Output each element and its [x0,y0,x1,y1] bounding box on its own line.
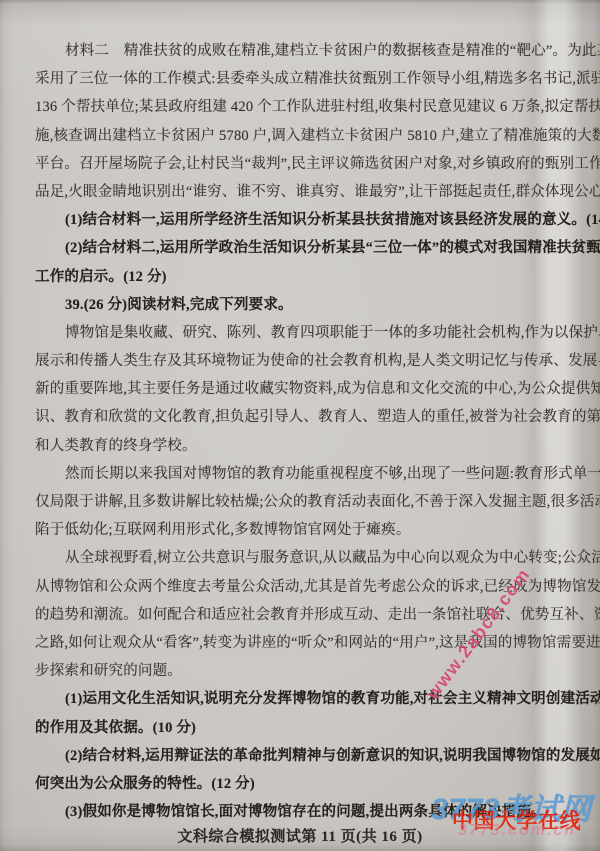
text-line: 的趋势和潮流。如何配合和适应社会教育并形成互动、走出一条馆社联合、优势互补、资源… [35,601,600,629]
question-line: (2)结合材料二,运用所学政治生活知识分析某县“三位一体”的模式对我国精准扶贫甄… [35,234,600,262]
question-line: 何突出为公众服务的特性。(12 分) [35,770,600,798]
scanned-exam-page: 材料二 精准扶贫的成败在精准,建档立卡贫困户的数据核查是精准的“靶心”。为此某县… [0,0,600,851]
question-line: (1)运用文化生活知识,说明充分发挥博物馆的教育功能,对社会主义精神文明创建活动 [35,685,600,713]
text-line: 博物馆是集收藏、研究、陈列、教育四项职能于一体的多功能社会机构,作为以保护、研究… [35,319,600,347]
text-line: 识、教育和欣赏的文化教育,担负起引导人、教育人、塑造人的重任,被誉为社会教育的第… [35,403,600,431]
question-number-line: 39.(26 分)阅读材料,完成下列要求。 [35,291,600,319]
question-line: 的作用及其依据。(10 分) [35,714,600,742]
question-line: (1)结合材料一,运用所学经济生活知识分析某县扶贫措施对该县经济发展的意义。(1… [35,206,600,234]
text-line: 从博物馆和公众两个维度去考量公众活动,尤其是首先考虑公众的诉求,已经成为博物馆发… [35,573,600,601]
text-line: 和人类教育的终身学校。 [35,432,600,460]
text-line: 136 个帮扶单位;某县政府组建 420 个工作队进驻村组,收集村民意见建议 6… [35,93,600,121]
question-line: (3)假如你是博物馆馆长,面对博物馆存在的问题,提出两条具体的解决措施。 [35,798,600,826]
text-line: 展示和传播人类生存及其环境物证为使命的社会教育机构,是人类文明记忆与传承、发展与… [35,347,600,375]
text-line: 从全球视野看,树立公共意识与服务意识,从以藏品为中心向以观众为中心转变;公众活动 [35,544,600,572]
text-line: 步探索和研究的问题。 [35,657,600,685]
exam-text-block: 材料二 精准扶贫的成败在精准,建档立卡贫困户的数据核查是精准的“靶心”。为此某县… [35,37,600,826]
text-line: 陷于低幼化;互联网利用形式化,多数博物馆官网处于瘫痪。 [35,516,600,544]
text-line: 材料二 精准扶贫的成败在精准,建档立卡贫困户的数据核查是精准的“靶心”。为此某县 [35,37,600,65]
text-line: 采用了三位一体的工作模式:县委牵头成立精准扶贫甄别工作领导小组,精选多名书记,派… [35,65,600,93]
text-line: 之路,如何让观众从“看客”,转变为讲座的“听众”和网站的“用户”,这是我国的博物… [35,629,600,657]
text-line: 仅局限于讲解,且多数讲解比较枯燥;公众的教育活动表面化,不善于深入发掘主题,很多… [35,488,600,516]
text-line: 品足,火眼金睛地识别出“谁穷、谁不穷、谁真穷、谁最穷”,让干部挺起责任,群众体现… [35,178,600,206]
text-line: 新的重要阵地,其主要任务是通过收藏实物资料,成为信息和文化交流的中心,为公众提供… [35,375,600,403]
question-line: 工作的启示。(12 分) [35,263,600,291]
page-footer: 文科综合模拟测试第 11 页(共 16 页) [0,825,600,846]
text-line: 平台。召开屋场院子会,让村民当“裁判”,民主评议筛选贫困户对象,对乡镇政府的甄别… [35,150,600,178]
question-line: (2)结合材料,运用辩证法的革命批判精神与创新意识的知识,说明我国博物馆的发展如 [35,742,600,770]
text-line: 施,核查调出建档立卡贫困户 5780 户,调入建档立卡贫困户 5810 户,建立… [35,122,600,150]
text-line: 然而长期以来我国对博物馆的教育功能重视程度不够,出现了一些问题:教育形式单一,仅 [35,460,600,488]
